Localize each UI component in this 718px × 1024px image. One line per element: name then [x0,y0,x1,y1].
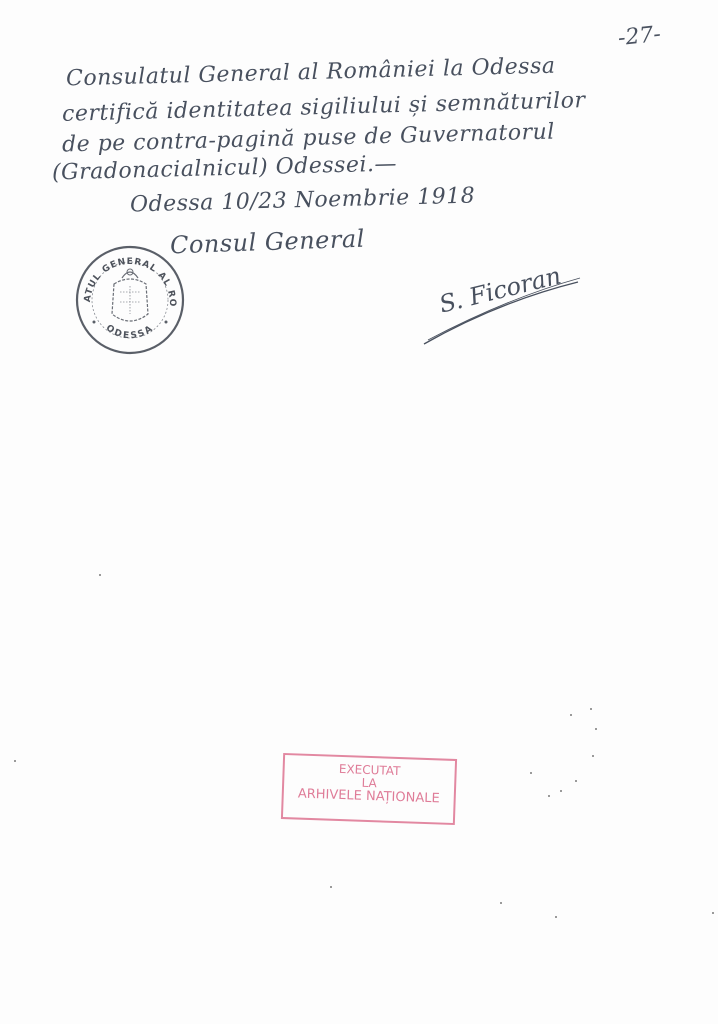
document-page: -27- Consulatul General al României la O… [0,0,718,1024]
consulate-seal-icon: CONSULATUL GENERAL AL ROMÂNIEI ODESSA [74,244,186,356]
scan-speck [712,912,714,914]
scan-speck [555,916,557,918]
scan-speck [14,760,16,762]
scan-speck [500,902,502,904]
svg-text:ODESSA: ODESSA [104,323,156,341]
scan-speck [560,790,562,792]
scan-speck [530,772,532,774]
scan-speck [592,755,594,757]
body-line-3: de pe contra-pagină puse de Guvernatorul [62,120,555,158]
scan-speck [590,708,592,710]
date-line: Odessa 10/23 Noembrie 1918 [130,183,476,217]
scan-speck [570,714,572,716]
body-line-1: Consulatul General al României la Odessa [66,54,556,92]
scan-speck [575,780,577,782]
scan-speck [330,886,332,888]
scan-speck [548,795,550,797]
closing-title: Consul General [170,225,366,260]
body-line-4: (Gradonacialnicul) Odessei.— [52,151,398,185]
consul-signature: S. Ficoran [418,262,588,352]
scan-speck [595,728,597,730]
svg-text:CONSULATUL GENERAL AL ROMÂNIEI: CONSULATUL GENERAL AL ROMÂNIEI [74,244,177,307]
scan-speck [99,574,101,576]
folio-number: -27- [617,22,662,51]
archive-stamp: EXECUTAT LA ARHIVELE NAȚIONALE [281,753,457,825]
